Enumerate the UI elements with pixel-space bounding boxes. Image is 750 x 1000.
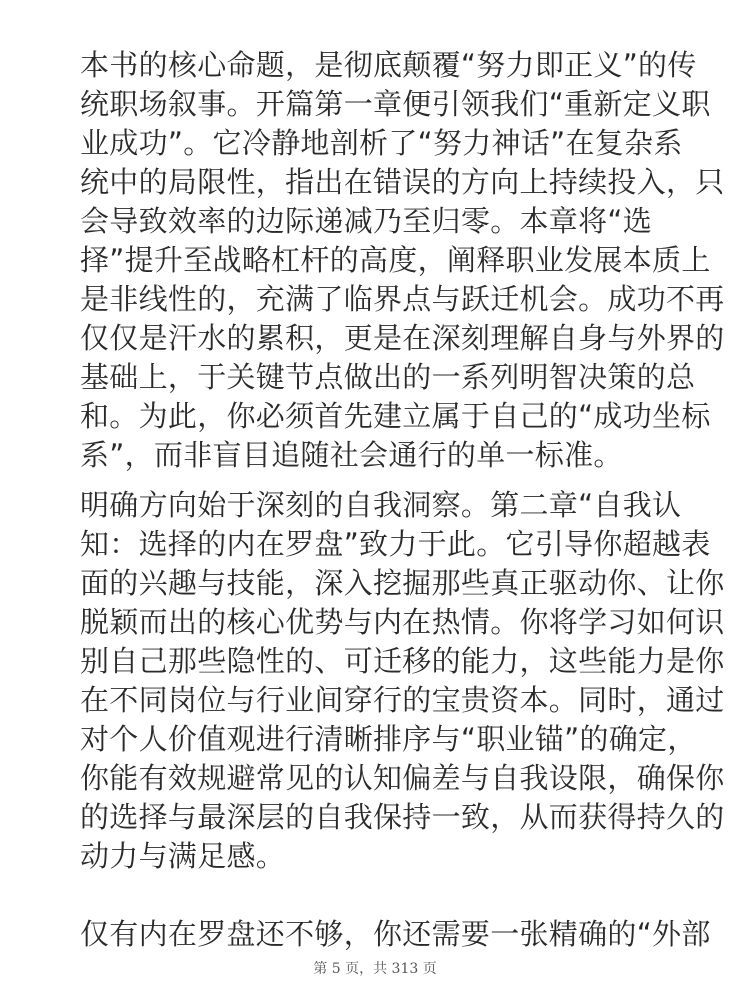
text-line: 本书的核心命题，是彻底颠覆“努力即正义”的传 [80, 45, 697, 85]
text-line: 和。为此，你必须首先建立属于自己的“成功坐标 [80, 396, 711, 436]
text-line: 统职场叙事。开篇第一章便引领我们“重新定义职 [80, 84, 711, 124]
text-line: 系”，而非盲目追随社会通行的单一标准。 [80, 435, 623, 475]
text-line: 你能有效规避常见的认知偏差与自我设限，确保你 [80, 758, 725, 798]
text-line: 会导致效率的边际递减乃至归零。本章将“选 [80, 201, 652, 241]
text-line: 仅仅是汗水的累积，更是在深刻理解自身与外界的 [80, 318, 725, 358]
text-line: 动力与满足感。 [80, 836, 285, 876]
text-line: 明确方向始于深刻的自我洞察。第二章“自我认 [80, 485, 681, 525]
text-line: 业成功”。它冷静地剖析了“努力神话”在复杂系 [80, 123, 683, 163]
text-line: 仅有内在罗盘还不够，你还需要一张精确的“外部 [80, 914, 711, 954]
text-line: 别自己那些隐性的、可迁移的能力，这些能力是你 [80, 641, 725, 681]
text-line: 统中的局限性，指出在错误的方向上持续投入，只 [80, 162, 725, 202]
text-line: 面的兴趣与技能，深入挖掘那些真正驱动你、让你 [80, 563, 725, 603]
text-line: 基础上，于关键节点做出的一系列明智决策的总 [80, 357, 695, 397]
page-indicator: 第 5 页，共 313 页 [0, 958, 750, 978]
text-line: 脱颖而出的核心优势与内在热情。你将学习如何识 [80, 602, 725, 642]
text-line: 是非线性的，充满了临界点与跃迁机会。成功不再 [80, 279, 725, 319]
text-line: 择”提升至战略杠杆的高度，阐释职业发展本质上 [80, 240, 711, 280]
text-line: 在不同岗位与行业间穿行的宝贵资本。同时，通过 [80, 680, 725, 720]
text-line: 对个人价值观进行清晰排序与“职业锚”的确定， [80, 719, 697, 759]
text-line: 的选择与最深层的自我保持一致，从而获得持久的 [80, 797, 725, 837]
text-line: 知：选择的内在罗盘”致力于此。它引导你超越表 [80, 524, 711, 564]
